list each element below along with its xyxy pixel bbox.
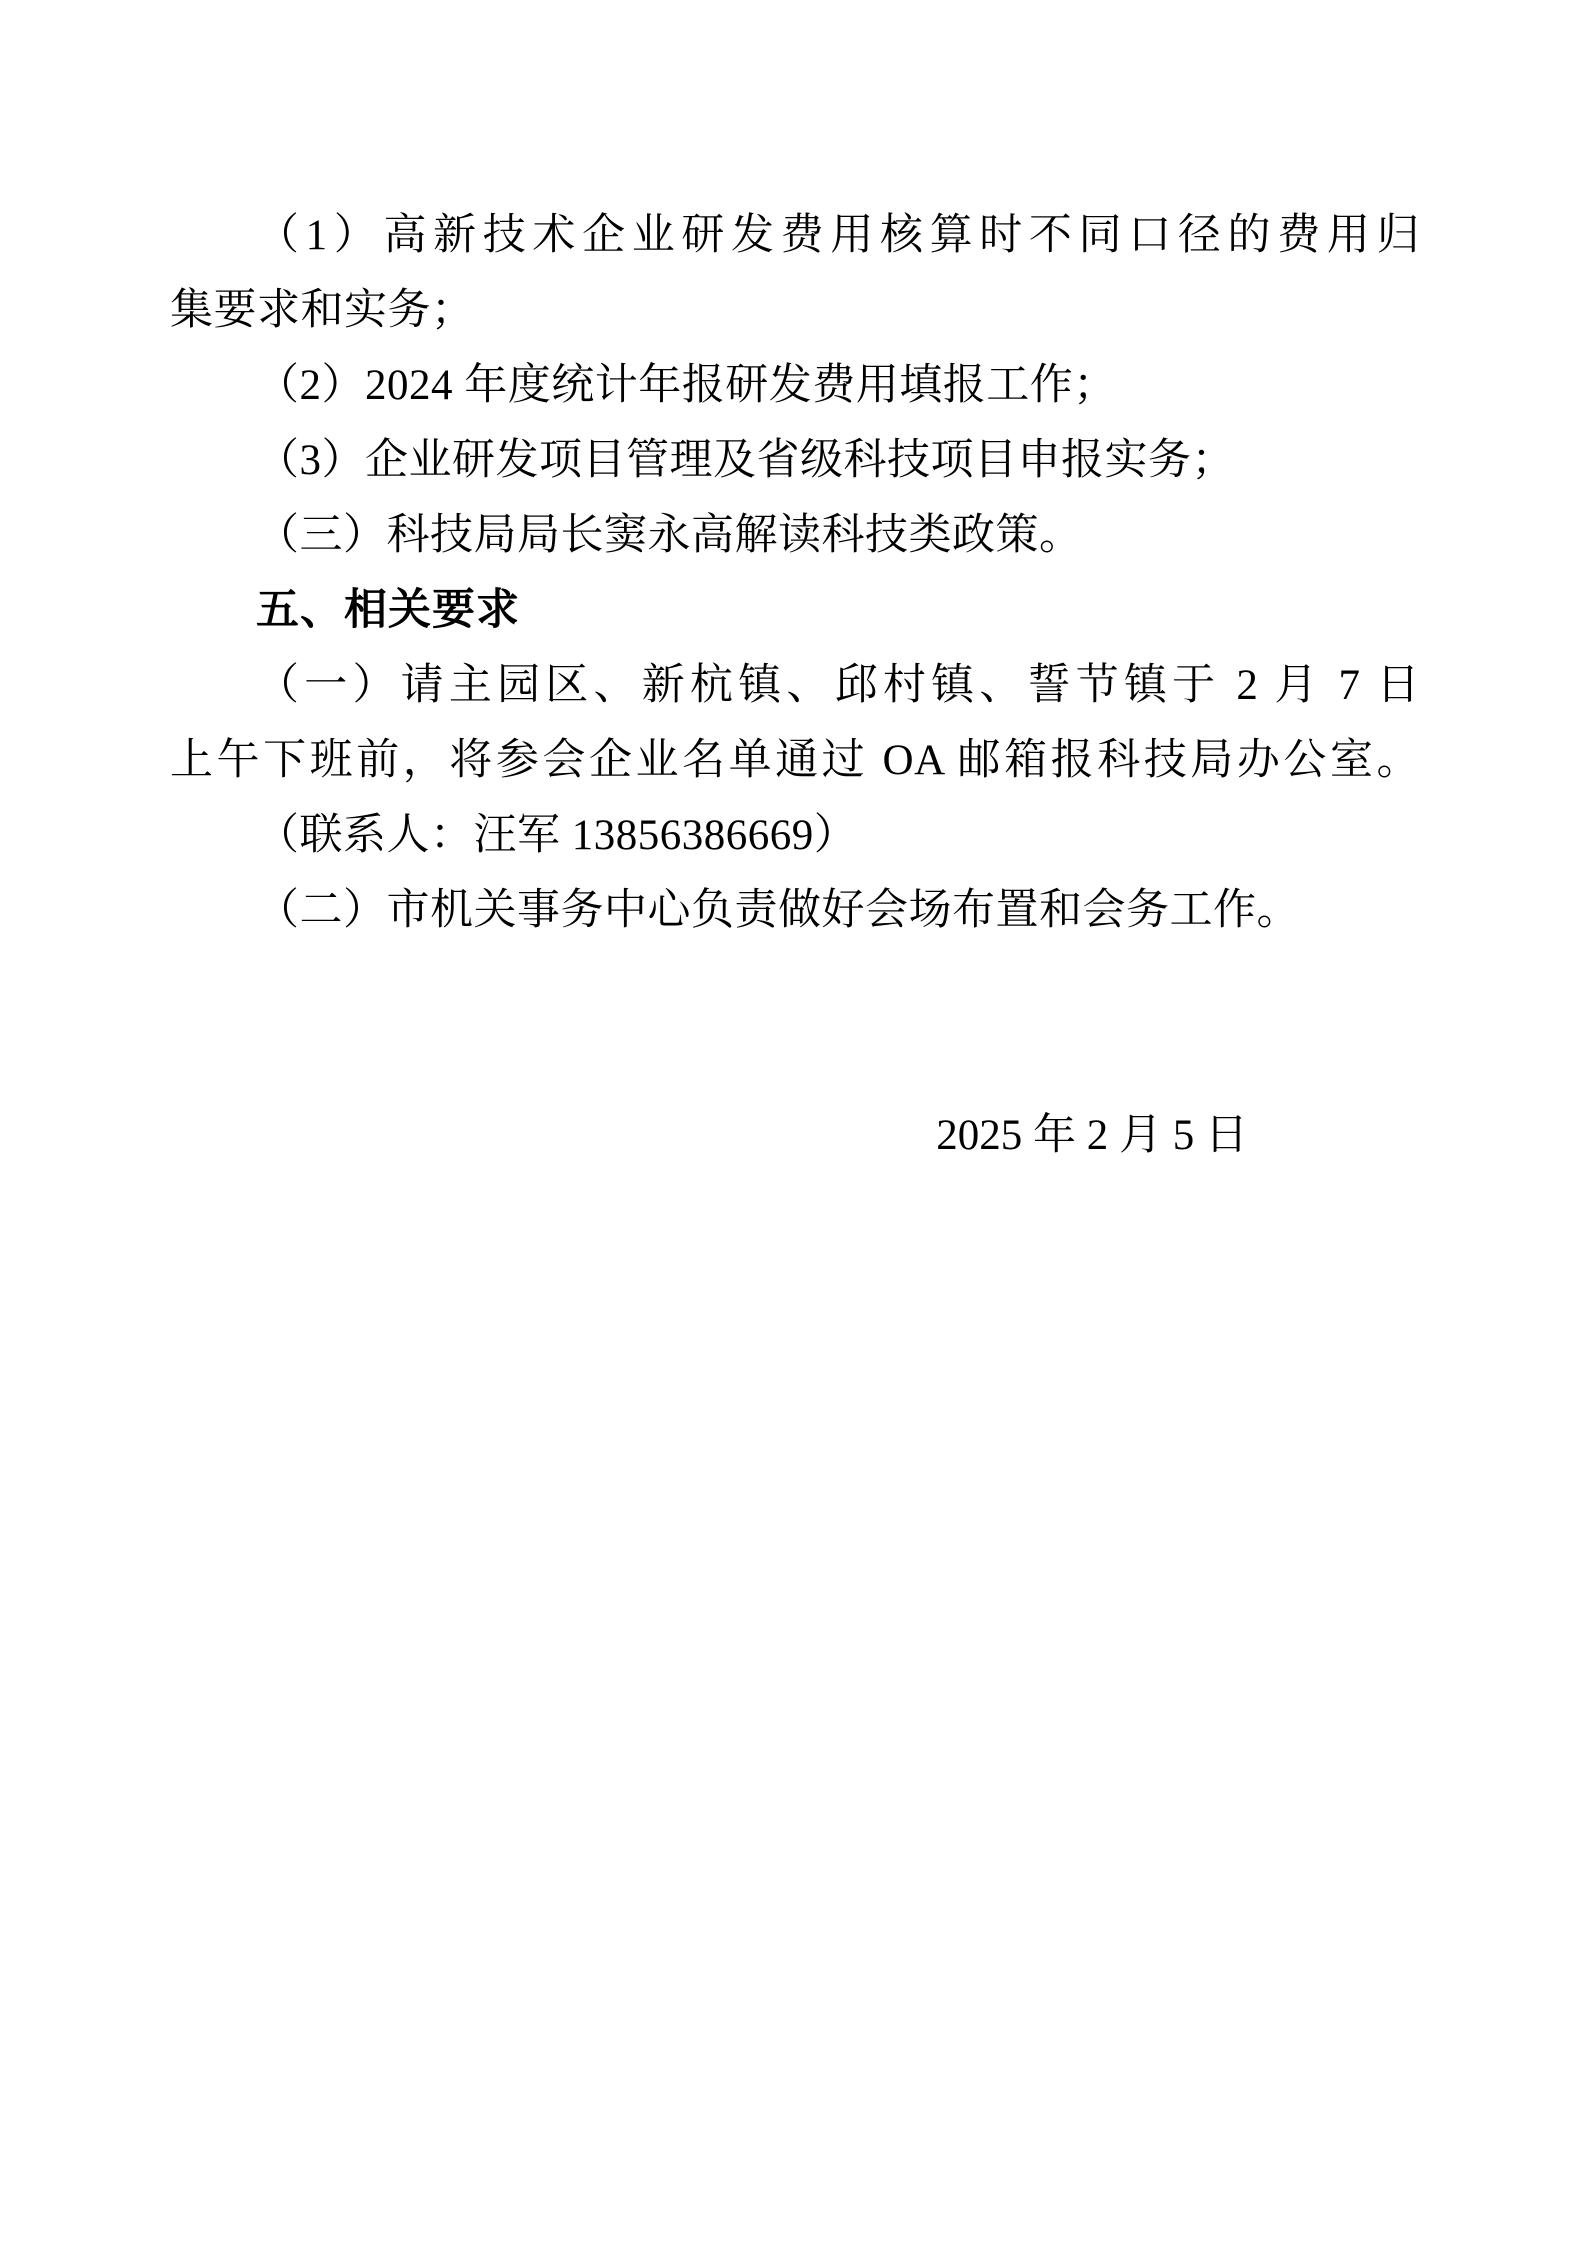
document-page: （1）高新技术企业研发费用核算时不同口径的费用归集要求和实务；（2）2024 年… [0, 0, 1587, 2245]
document-date: 2025 年 2 月 5 日 [170, 1098, 1420, 1173]
text-line: （2）2024 年度统计年报研发费用填报工作； [170, 348, 1420, 423]
text-line: （联系人：汪军 13856386669） [170, 798, 1420, 873]
document-body: （1）高新技术企业研发费用核算时不同口径的费用归集要求和实务；（2）2024 年… [170, 198, 1420, 948]
text-line: 上午下班前，将参会企业名单通过 OA 邮箱报科技局办公室。 [170, 723, 1420, 798]
text-line: 集要求和实务； [170, 273, 1420, 348]
section-heading: 五、相关要求 [170, 573, 1420, 648]
text-line: （三）科技局局长窦永高解读科技类政策。 [170, 498, 1420, 573]
text-line: （3）企业研发项目管理及省级科技项目申报实务； [170, 423, 1420, 498]
text-line: （1）高新技术企业研发费用核算时不同口径的费用归 [170, 198, 1420, 273]
text-line: （一）请主园区、新杭镇、邱村镇、誓节镇于 2 月 7 日 [170, 648, 1420, 723]
text-line: （二）市机关事务中心负责做好会场布置和会务工作。 [170, 873, 1420, 948]
